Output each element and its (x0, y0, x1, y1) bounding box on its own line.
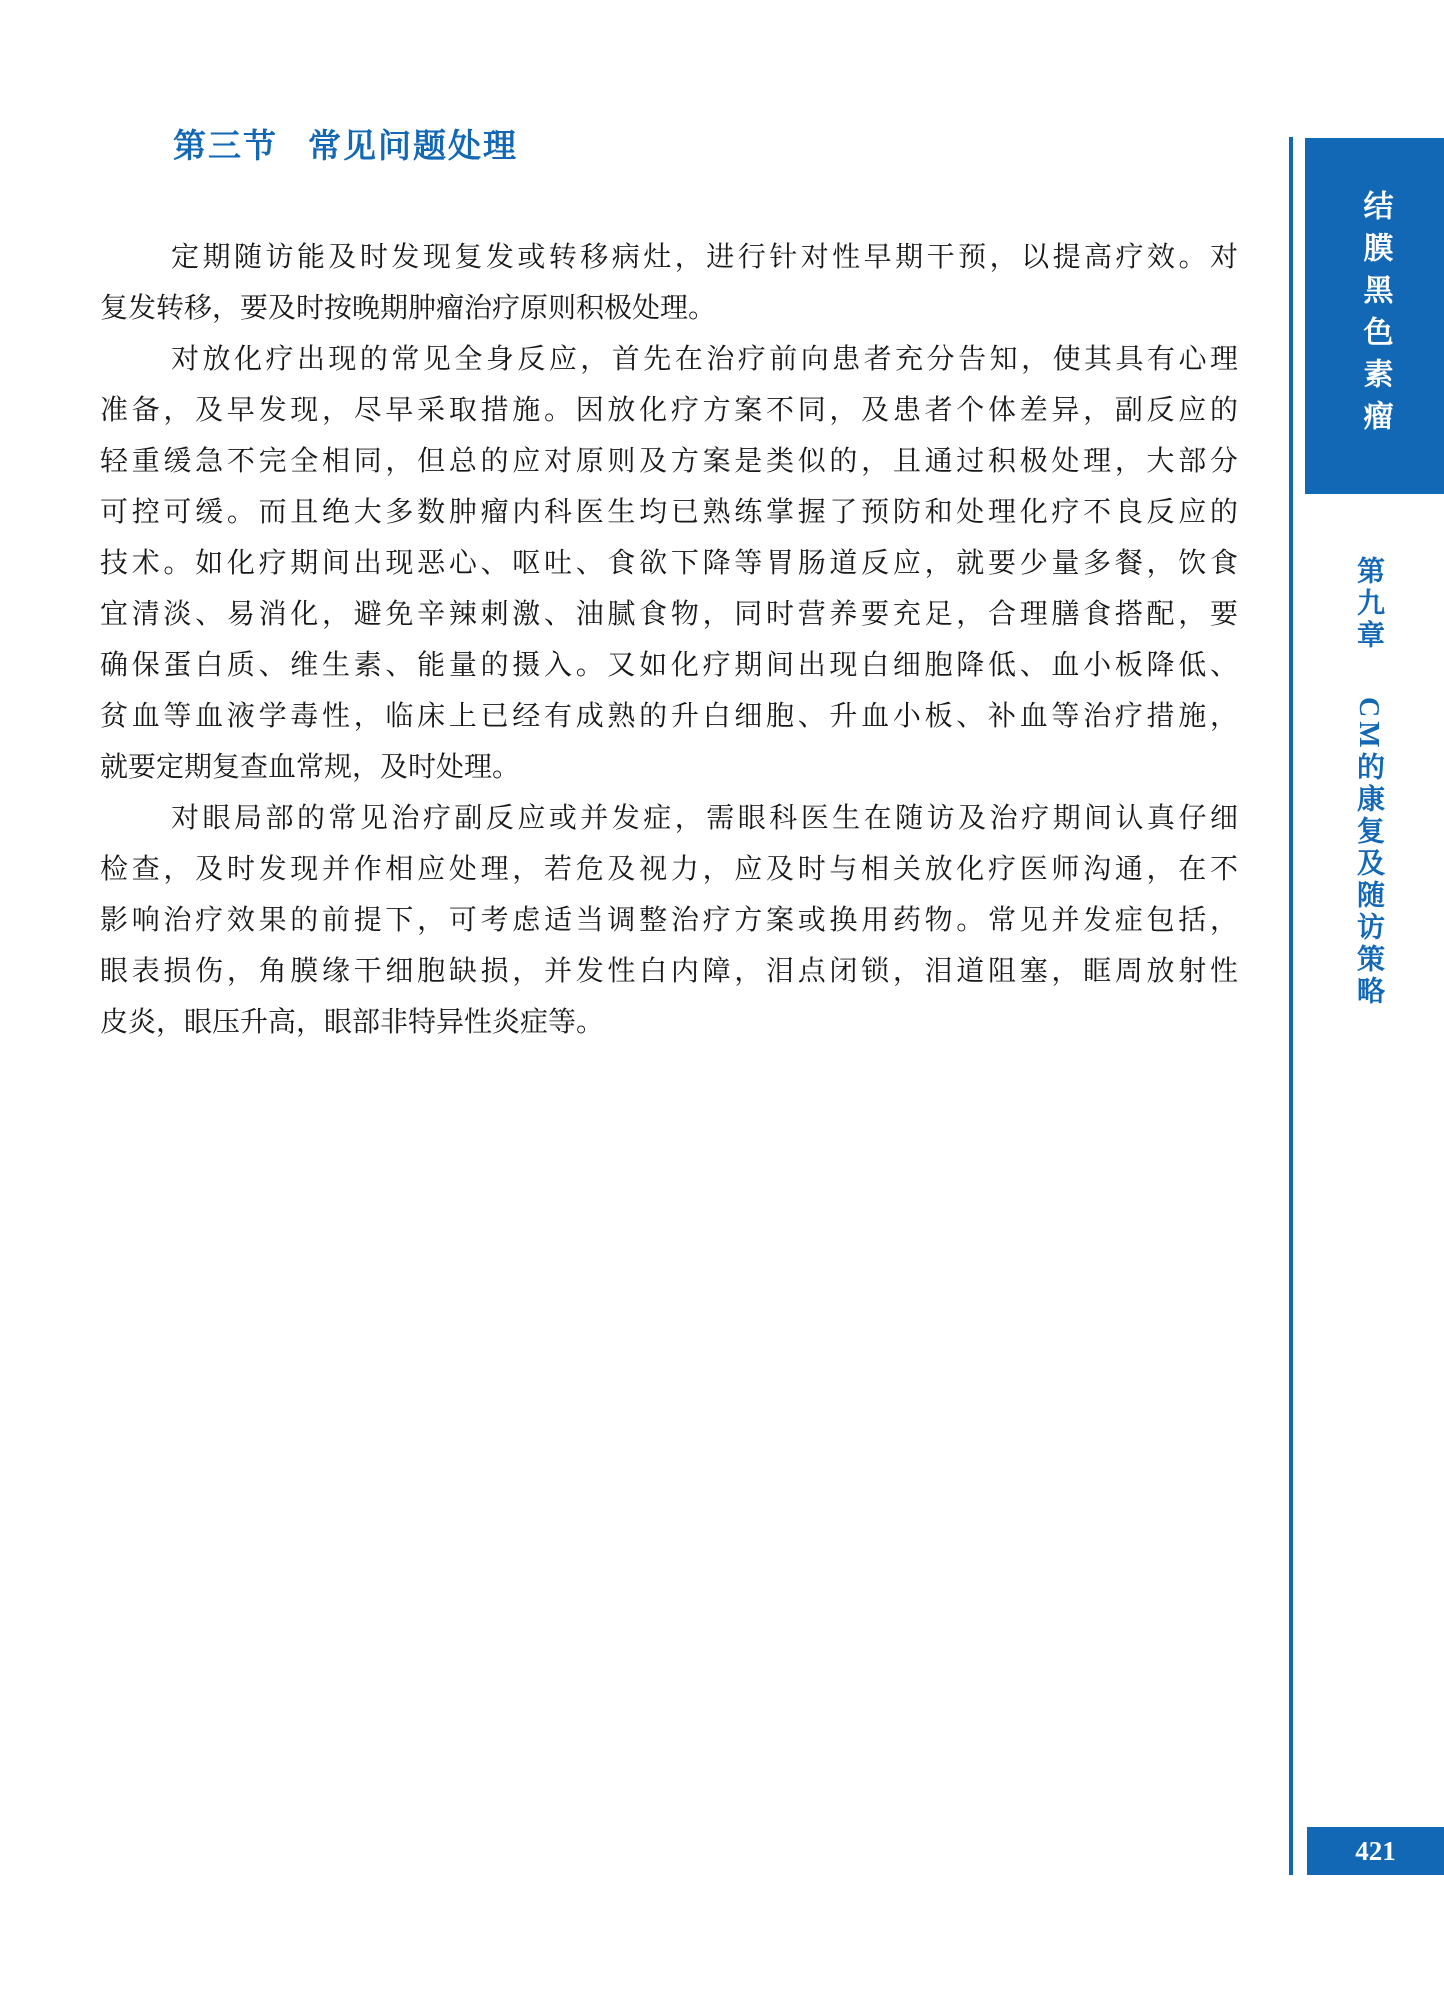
chapter-number: 第九章 (1353, 556, 1384, 652)
page-number-badge: 421 (1307, 1827, 1444, 1875)
body-text: 定期随访能及时发现复发或转移病灶，进行针对性早期干预，以提高疗效。对 复发转移，… (100, 232, 1238, 1048)
page: 第三节 常见问题处理 定期随访能及时发现复发或转移病灶，进行针对性早期干预，以提… (0, 0, 1444, 2010)
book-title-vertical: 结膜黑色素瘤 (1353, 190, 1397, 442)
text-line: 检查，及时发现并作相应处理，若危及视力，应及时与相关放化疗医师沟通，在不 (100, 844, 1238, 895)
text-line: 宜清淡、易消化，避免辛辣刺激、油腻食物，同时营养要充足，合理膳食搭配，要 (100, 589, 1238, 640)
text-line: 技术。如化疗期间出现恶心、呕吐、食欲下降等胃肠道反应，就要少量多餐，饮食 (100, 538, 1238, 589)
section-heading: 第三节 常见问题处理 (173, 120, 518, 167)
sidebar-rule (1289, 137, 1293, 1875)
text-line: 可控可缓。而且绝大多数肿瘤内科医生均已熟练掌握了预防和处理化疗不良反应的 (100, 487, 1238, 538)
text-line: 皮炎，眼压升高，眼部非特异性炎症等。 (100, 997, 1238, 1048)
text-line: 眼表损伤，角膜缘干细胞缺损，并发性白内障，泪点闭锁，泪道阻塞，眶周放射性 (100, 946, 1238, 997)
text-line: 就要定期复查血常规，及时处理。 (100, 742, 1238, 793)
text-line: 对放化疗出现的常见全身反应，首先在治疗前向患者充分告知，使其具有心理 (100, 334, 1238, 385)
text-line: 对眼局部的常见治疗副反应或并发症，需眼科医生在随访及治疗期间认真仔细 (100, 793, 1238, 844)
text-line: 准备，及早发现，尽早采取措施。因放化疗方案不同，及患者个体差异，副反应的 (100, 385, 1238, 436)
text-line: 影响治疗效果的前提下，可考虑适当调整治疗方案或换用药物。常见并发症包括， (100, 895, 1238, 946)
page-number: 421 (1355, 1836, 1396, 1867)
text-line: 贫血等血液学毒性，临床上已经有成熟的升白细胞、升血小板、补血等治疗措施， (100, 691, 1238, 742)
chapter-title: CM的康复及随访策略 (1353, 697, 1384, 1008)
book-title-tab: 结膜黑色素瘤 (1305, 138, 1444, 494)
text-line: 复发转移，要及时按晚期肿瘤治疗原则积极处理。 (100, 283, 1238, 334)
section-number: 第三节 (173, 120, 278, 167)
chapter-marker: 第九章 CM的康复及随访策略 (1348, 556, 1388, 1256)
section-title: 常见问题处理 (308, 120, 518, 167)
text-line: 确保蛋白质、维生素、能量的摄入。又如化疗期间出现白细胞降低、血小板降低、 (100, 640, 1238, 691)
text-line: 定期随访能及时发现复发或转移病灶，进行针对性早期干预，以提高疗效。对 (100, 232, 1238, 283)
text-line: 轻重缓急不完全相同，但总的应对原则及方案是类似的，且通过积极处理，大部分 (100, 436, 1238, 487)
